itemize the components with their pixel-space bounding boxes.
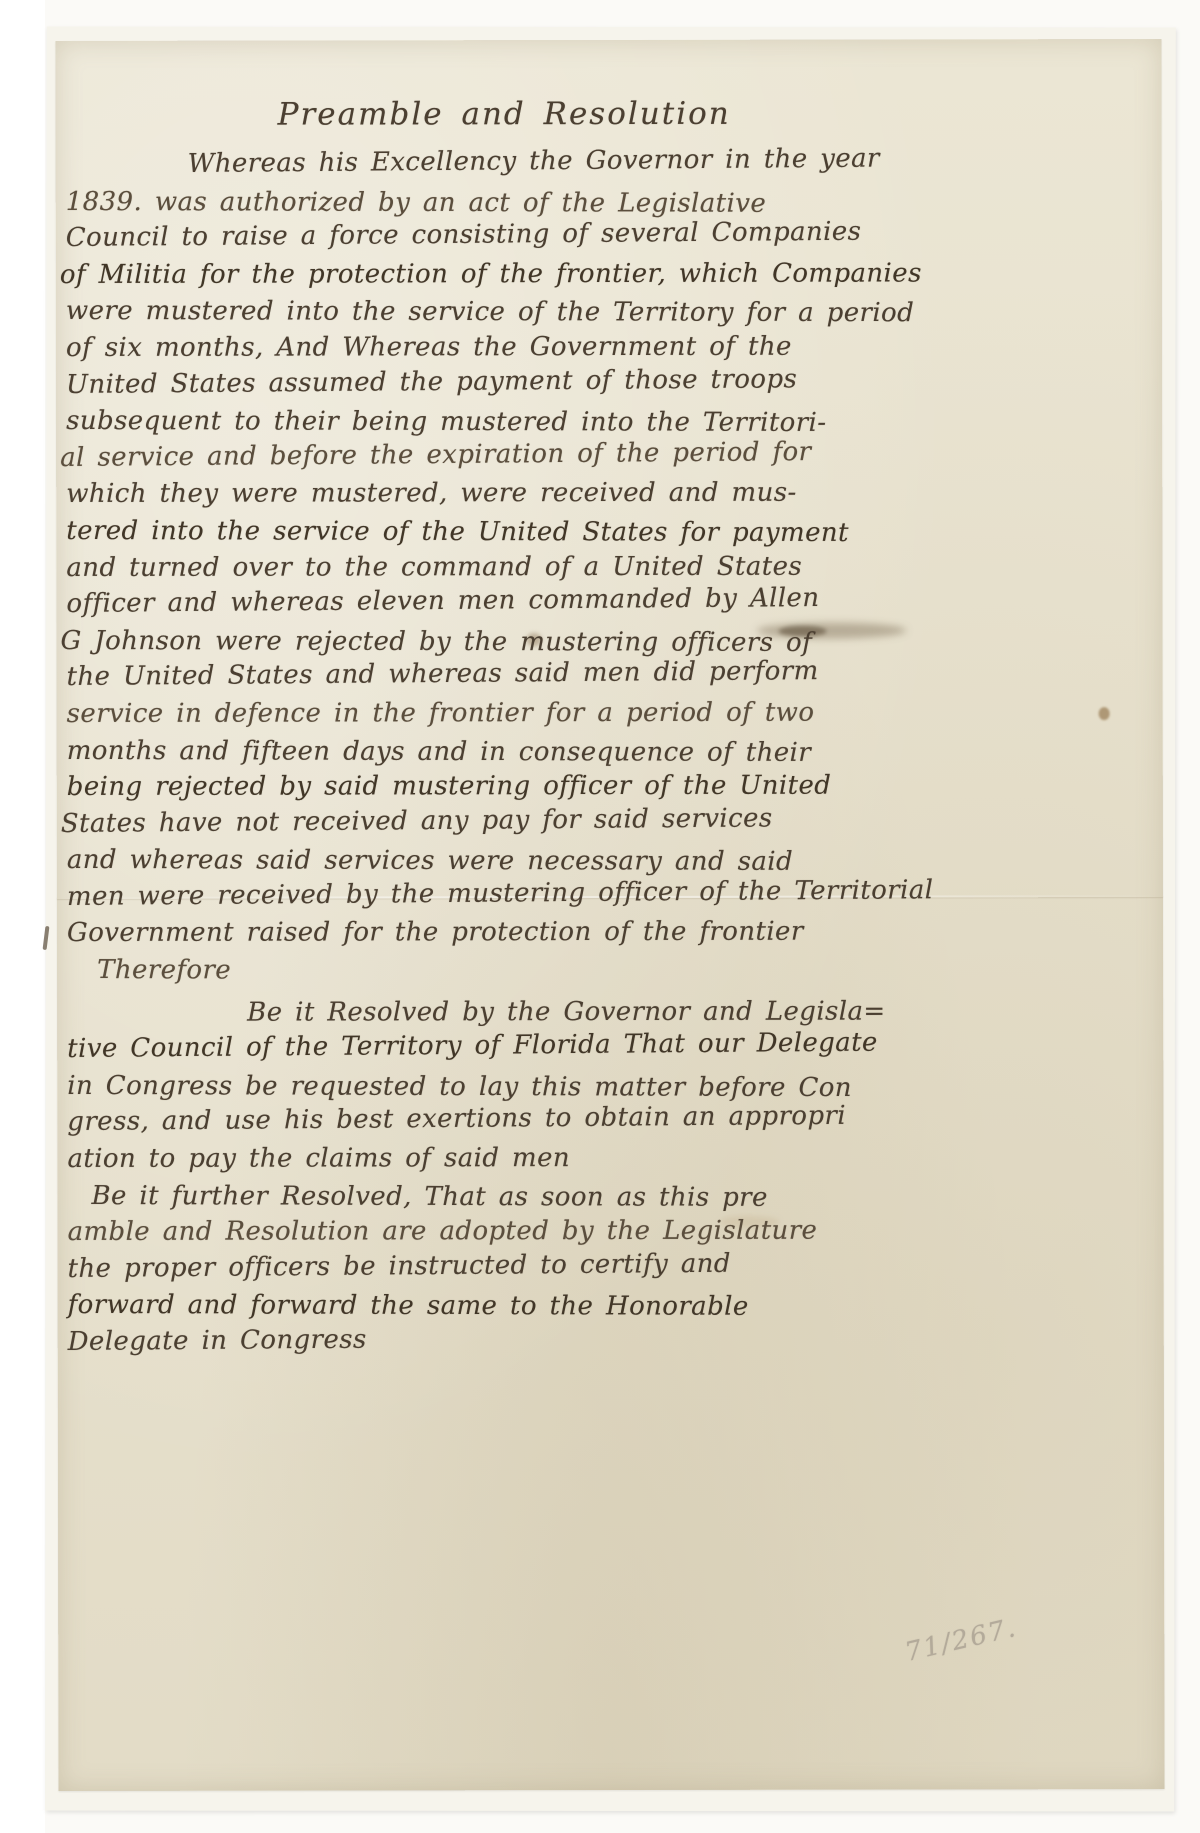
manuscript-line: United States assumed the payment of tho… [66, 358, 1126, 403]
manuscript-line: Council to raise a force consisting of s… [66, 212, 1126, 257]
manuscript-line: the United States and whereas said men d… [66, 651, 1126, 696]
manuscript-line: gress, and use his best exertions to obt… [67, 1096, 1127, 1141]
manuscript-line: the proper officers be instructed to cer… [67, 1242, 1127, 1287]
manuscript-line: ation to pay the claims of said men [67, 1139, 1127, 1177]
manuscript-line: Government raised for the protection of … [67, 914, 1127, 952]
manuscript-line: of Militia for the protection of the fro… [60, 255, 1126, 293]
manuscript-line: tive Council of the Territory of Florida… [67, 1023, 1127, 1068]
manuscript-line: Whereas his Excellency the Governor in t… [66, 139, 1126, 184]
scan-background: Preamble and Resolution Whereas his Exce… [0, 0, 1200, 1833]
manuscript-body: Whereas his Excellency the Governor in t… [66, 145, 1128, 1360]
document-page: Preamble and Resolution Whereas his Exce… [55, 39, 1164, 1791]
manuscript-line: were mustered into the service of the Te… [66, 293, 1126, 332]
manuscript-line: tered into the service of the United Sta… [66, 513, 1126, 552]
page-title: Preamble and Resolution [278, 89, 1126, 138]
manuscript-line: which they were mustered, were received … [66, 474, 1126, 512]
manuscript-line: service in defence in the frontier for a… [67, 694, 1127, 732]
manuscript-line: States have not received any pay for sai… [61, 797, 1127, 842]
manuscript-line: months and fifteen days and in consequen… [67, 732, 1127, 771]
manuscript-line: Delegate in Congress [68, 1316, 1128, 1361]
manuscript-line: Therefore [67, 952, 1127, 991]
manuscript-line: officer and whereas eleven men commanded… [66, 578, 1126, 623]
manuscript-text: Preamble and Resolution Whereas his Exce… [66, 89, 1128, 1360]
pencil-page-annotation: 71/267. [902, 1613, 1020, 1668]
manuscript-line: al service and before the expiration of … [60, 431, 1126, 476]
manuscript-line: men were received by the mustering offic… [67, 870, 1127, 915]
manuscript-line: Be it further Resolved, That as soon as … [61, 1178, 1127, 1217]
